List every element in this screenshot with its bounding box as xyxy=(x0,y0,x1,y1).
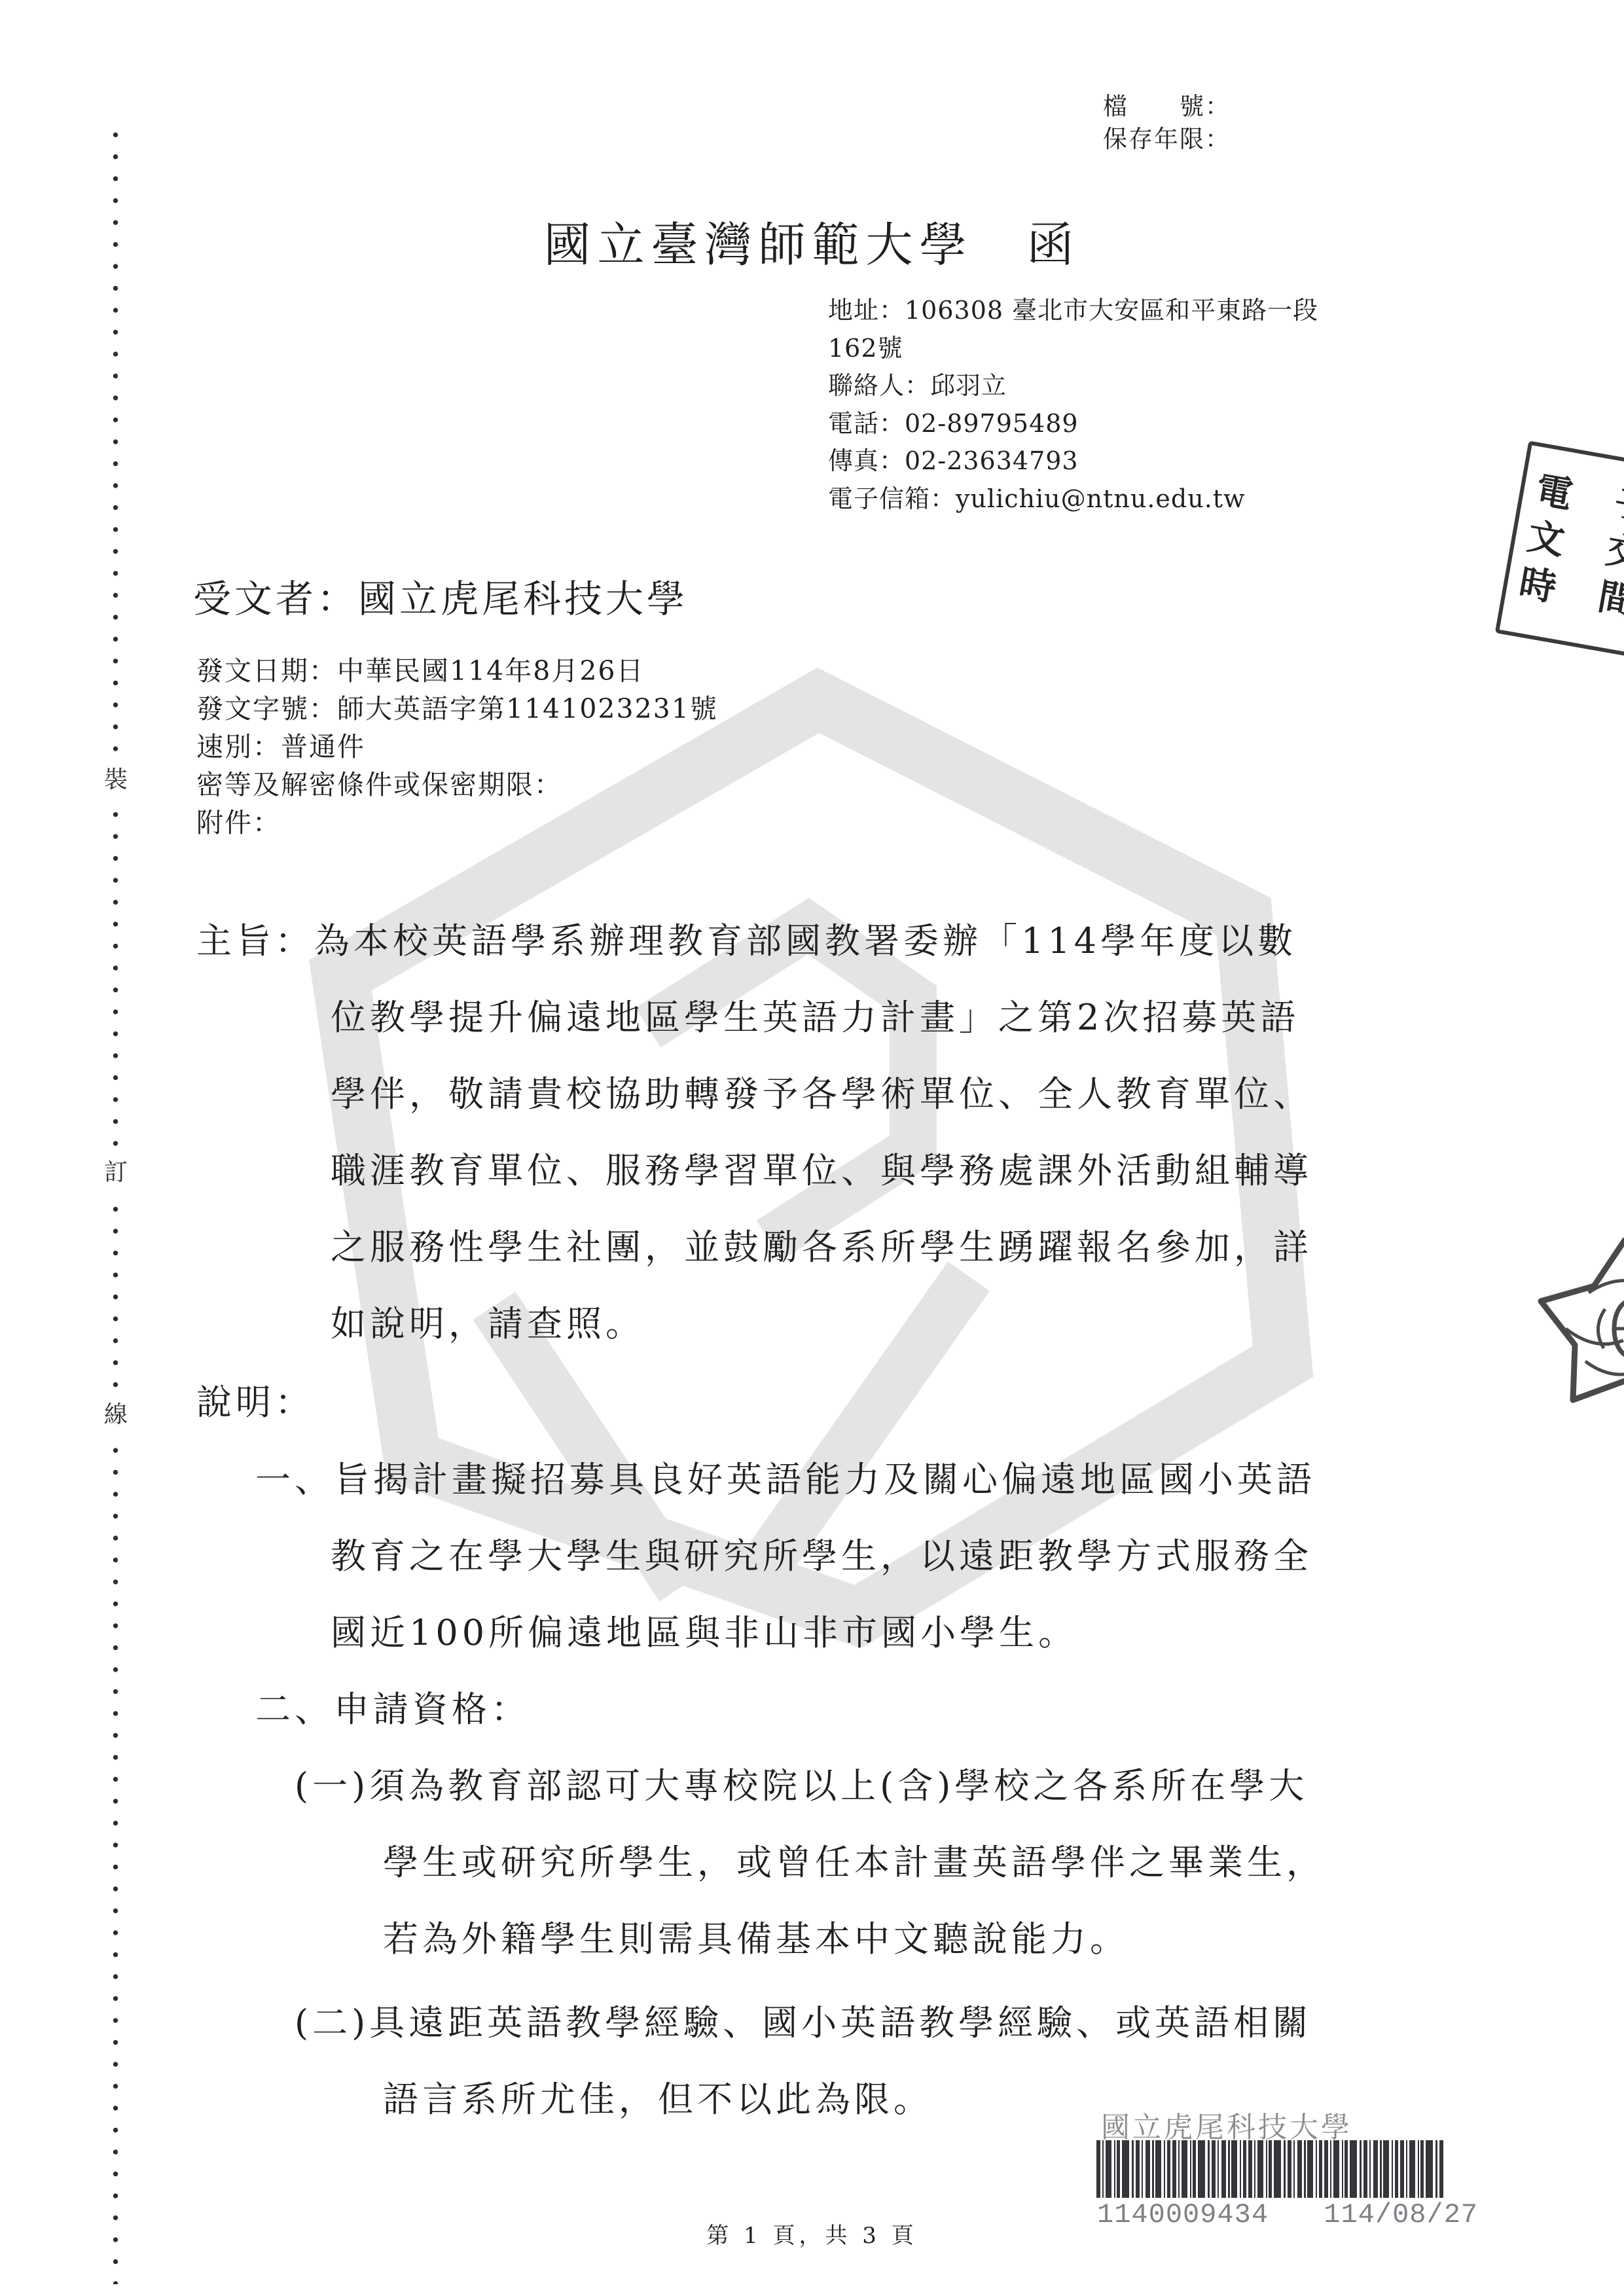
explanation-item2-1-line1: (一)須為教育部認可大專校院以上(含)學校之各系所在學大 xyxy=(295,1758,1308,1808)
binding-char-ding: 訂 xyxy=(99,1153,132,1193)
binding-dotted-line xyxy=(113,131,118,2284)
explanation-item2-2-line2: 語言系所尤佳，但不以此為限。 xyxy=(383,2072,933,2122)
file-number-block: 檔 號： 保存年限： xyxy=(1103,90,1231,156)
explanation-item2-2-line1: (二)具遠距英語教學經驗、國小英語教學經驗、或英語相關 xyxy=(295,1995,1312,2045)
archive-number-label: 檔 號： xyxy=(1103,90,1231,123)
sender-phone: 電話：02-89795489 xyxy=(828,405,1318,443)
explanation-item1-line1: 一、旨揭計畫擬招募具良好英語能力及關心偏遠地區國小英語 xyxy=(255,1452,1316,1502)
explanation-heading: 說明： xyxy=(196,1374,314,1425)
subject-line-6: 如說明，請查照。 xyxy=(331,1296,645,1346)
barcode xyxy=(1096,2140,1443,2198)
retention-period-label: 保存年限： xyxy=(1103,123,1231,156)
sender-contact-person: 聯絡人：邱羽立 xyxy=(828,367,1318,405)
explanation-item1-line3: 國近100所偏遠地區與非山非市國小學生。 xyxy=(331,1605,1077,1655)
doc-security: 密等及解密條件或保密期限： xyxy=(196,766,718,804)
recipient-line: 受文者：國立虎尾科技大學 xyxy=(193,568,688,623)
scanned-official-letter-page: 裝 訂 線 檔 號： 保存年限： 國立臺灣師範大學 函 地址：106308 臺北… xyxy=(0,0,1624,2296)
sender-address-line1: 地址：106308 臺北市大安區和平東路一段 xyxy=(828,292,1318,330)
subject-line-4: 職涯教育單位、服務學習單位、與學務處課外活動組輔導 xyxy=(331,1143,1312,1193)
doc-date: 發文日期：中華民國114年8月26日 xyxy=(196,652,718,690)
document-title: 國立臺灣師範大學 函 xyxy=(0,207,1624,275)
sender-email: 電子信箱：yulichiu@ntnu.edu.tw xyxy=(828,480,1318,518)
explanation-item2-1-line2: 學生或研究所學生，或曾任本計畫英語學伴之畢業生， xyxy=(383,1835,1326,1885)
doc-number: 發文字號：師大英語字第1141023231號 xyxy=(196,690,718,728)
flower-seal-outline xyxy=(1541,1240,1624,1400)
doc-meta-block: 發文日期：中華民國114年8月26日 發文字號：師大英語字第1141023231… xyxy=(196,652,718,842)
flower-seal-icon xyxy=(1526,1230,1624,1427)
subject-line-1: 主旨：為本校英語學系辦理教育部國教署委辦「114學年度以數 xyxy=(196,913,1297,963)
sender-info-block: 地址：106308 臺北市大安區和平東路一段 162號 聯絡人：邱羽立 電話：0… xyxy=(828,292,1318,518)
subject-line-2: 位教學提升偏遠地區學生英語力計畫」之第2次招募英語 xyxy=(331,990,1299,1040)
doc-attachment: 附件： xyxy=(196,804,718,842)
stamp-column-right: 子交間 xyxy=(1591,483,1624,628)
binding-char-zhuang: 裝 xyxy=(99,761,132,800)
doc-speed: 速別：普通件 xyxy=(196,728,718,766)
explanation-item2-1-line3: 若為外籍學生則需具備基本中文聽說能力。 xyxy=(383,1911,1129,1962)
sender-address-line2: 162號 xyxy=(828,330,1318,368)
explanation-item2-heading: 二、申請資格： xyxy=(255,1681,530,1732)
stamp-column-left: 電文時 xyxy=(1513,469,1574,615)
page-number-footer: 第 1 頁，共 3 頁 xyxy=(0,2217,1624,2250)
binding-char-xian: 線 xyxy=(99,1395,132,1435)
sender-fax: 傳真：02-23634793 xyxy=(828,442,1318,480)
subject-line-3: 學伴，敬請貴校協助轉發予各學術單位、全人教育單位、 xyxy=(331,1066,1312,1117)
subject-line-5: 之服務性學生社團，並鼓勵各系所學生踴躍報名參加，詳 xyxy=(331,1219,1312,1270)
explanation-item1-line2: 教育之在學大學生與研究所學生，以遠距教學方式服務全 xyxy=(331,1528,1312,1579)
receiver-stamp-name: 國立虎尾科技大學 xyxy=(1101,2104,1352,2145)
